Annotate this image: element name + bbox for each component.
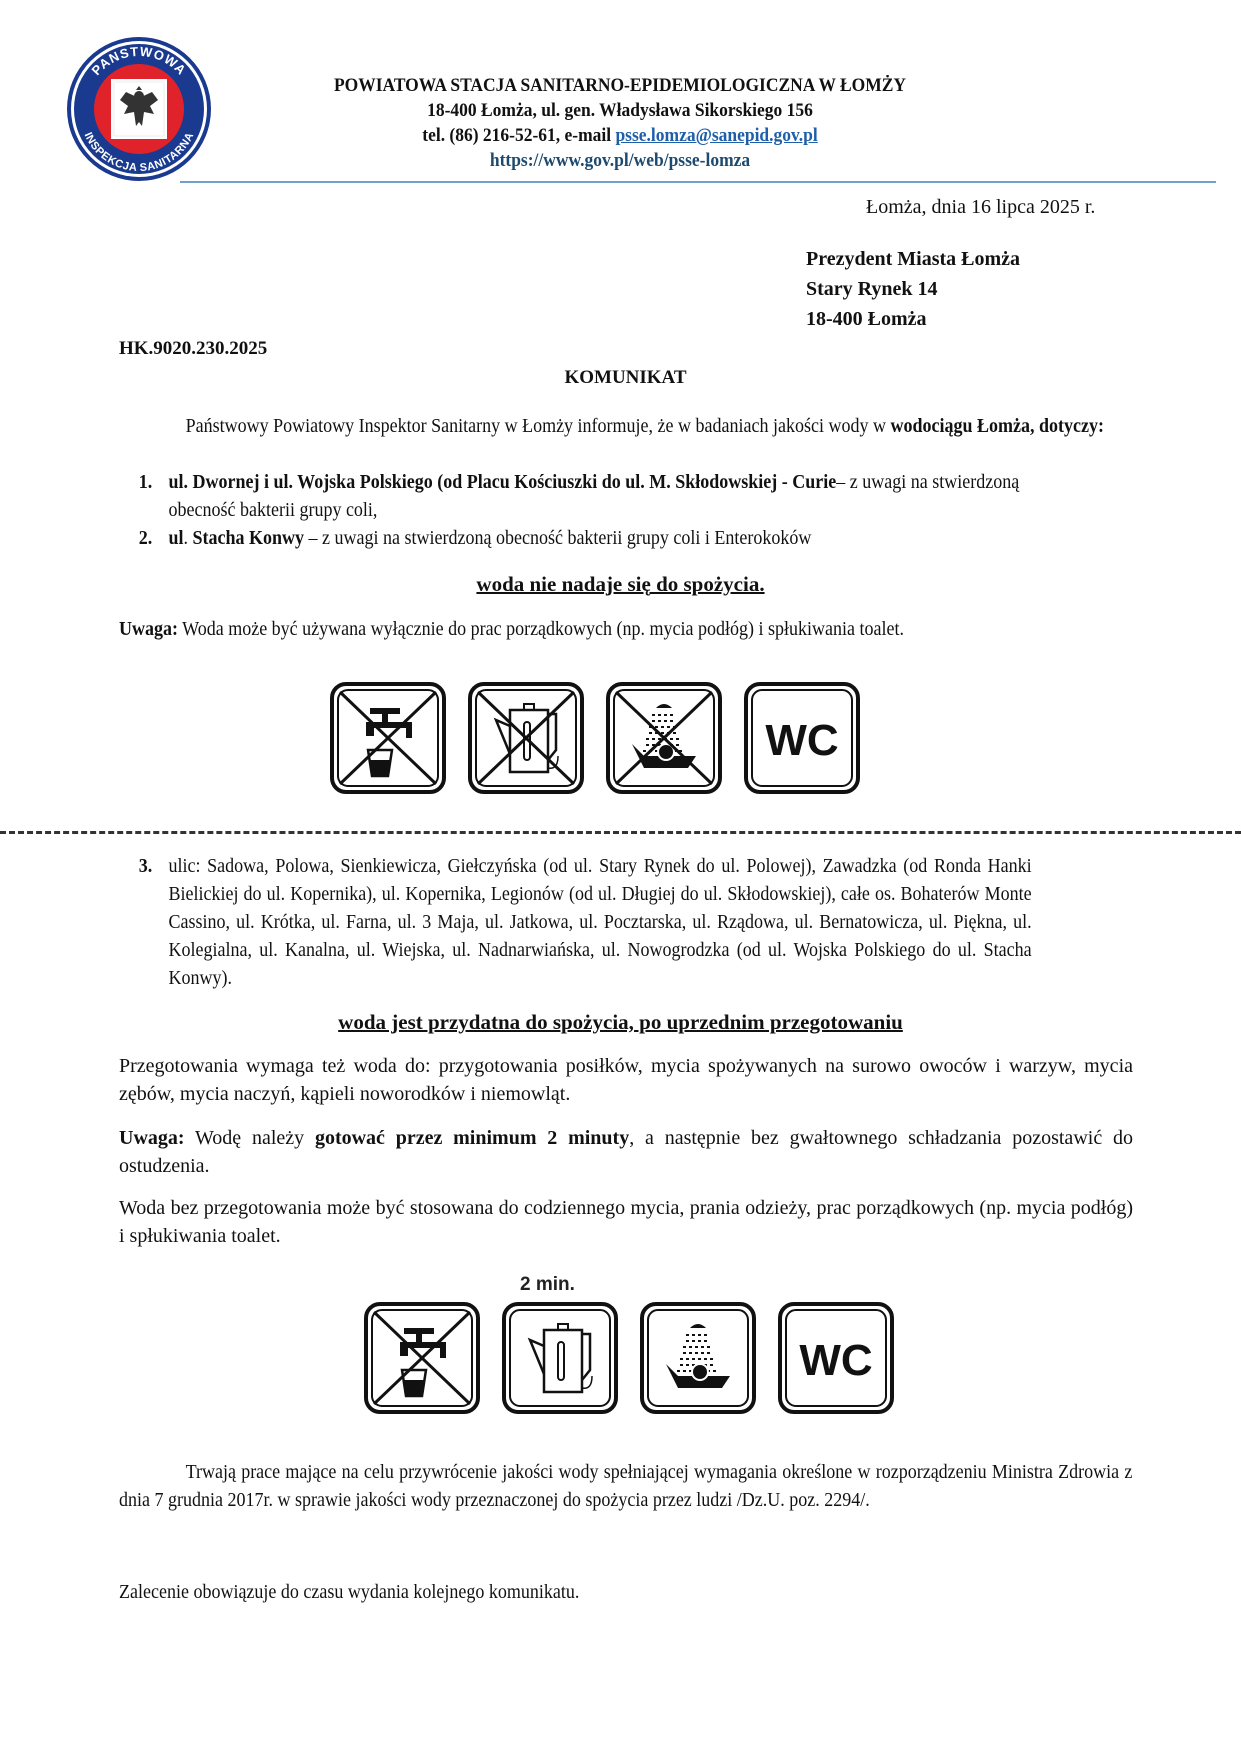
item-streets: Stacha Konwy bbox=[193, 527, 305, 549]
svg-text:WC: WC bbox=[799, 1336, 872, 1385]
bathing-icon bbox=[638, 1300, 758, 1416]
item-streets: ul. Dwornej i ul. Wojska Polskiego (od P… bbox=[169, 471, 837, 493]
warning-label: Uwaga: bbox=[119, 1127, 185, 1149]
no-drinking-tap-icon bbox=[362, 1300, 482, 1416]
recipient-name: Prezydent Miasta Łomża bbox=[806, 244, 1020, 274]
header-divider bbox=[180, 181, 1216, 183]
section-divider bbox=[0, 831, 1241, 834]
boil-streets-list: 3. ulic: Sadowa, Polowa, Sienkiewicza, G… bbox=[119, 852, 1032, 992]
email-link[interactable]: psse.lomza@sanepid.gov.pl bbox=[615, 125, 817, 146]
recipient-block: Prezydent Miasta Łomża Stary Rynek 14 18… bbox=[806, 244, 1020, 334]
validity-paragraph: Zalecenie obowiązuje do czasu wydania ko… bbox=[119, 1578, 1132, 1606]
inspekcja-sanitarna-logo: PANSTWOWA INSPEKCJA SANITARNA bbox=[64, 34, 214, 184]
item-number: 2. bbox=[139, 524, 153, 552]
institution-address: 18-400 Łomża, ul. gen. Władysława Sikors… bbox=[270, 98, 969, 123]
recipient-city: 18-400 Łomża bbox=[806, 304, 1020, 334]
affected-streets-list: 1. ul. Dwornej i ul. Wojska Polskiego (o… bbox=[119, 468, 1032, 552]
no-drinking-tap-icon bbox=[328, 680, 448, 796]
item-prefix-dot: . bbox=[184, 527, 193, 549]
reference-number: HK.9020.230.2025 bbox=[119, 338, 267, 360]
list-item: 3. ulic: Sadowa, Polowa, Sienkiewicza, G… bbox=[119, 852, 1032, 992]
website-link[interactable]: https://www.gov.pl/web/psse-lomza bbox=[270, 148, 969, 173]
item-prefix: ul bbox=[169, 527, 184, 549]
no-kettle-icon bbox=[466, 680, 586, 796]
intro-bold: wodociągu Łomża, dotyczy: bbox=[890, 415, 1103, 437]
document-title: KOMUNIKAT bbox=[0, 367, 1241, 389]
phone-text: tel. (86) 216-52-61, e-mail bbox=[422, 125, 615, 146]
item-number: 1. bbox=[139, 468, 153, 496]
svg-text:WC: WC bbox=[765, 716, 838, 765]
kettle-icon bbox=[500, 1300, 620, 1416]
logo-emblem-icon: PANSTWOWA INSPEKCJA SANITARNA bbox=[64, 34, 214, 184]
list-item: 2. ul. Stacha Konwy – z uwagi na stwierd… bbox=[119, 524, 1032, 552]
item-number: 3. bbox=[139, 852, 153, 880]
not-drinkable-notice: woda nie nadaje się do spożycia. bbox=[0, 572, 1241, 597]
no-bathing-icon bbox=[604, 680, 724, 796]
pictograms-section1: WC bbox=[328, 680, 862, 796]
unboiled-use-paragraph: Woda bez przegotowania może być stosowan… bbox=[119, 1194, 1133, 1250]
institution-contact: tel. (86) 216-52-61, e-mail psse.lomza@s… bbox=[270, 123, 969, 148]
item-streets: ulic: Sadowa, Polowa, Sienkiewicza, Gieł… bbox=[169, 855, 1032, 989]
item-reason: – z uwagi na stwierdzoną obecność bakter… bbox=[304, 527, 811, 549]
warning-text: Wodę należy bbox=[185, 1127, 315, 1149]
wc-icon: WC bbox=[776, 1300, 896, 1416]
pictograms-section2: WC bbox=[362, 1300, 896, 1416]
institution-name: POWIATOWA STACJA SANITARNO-EPIDEMIOLOGIC… bbox=[270, 73, 969, 98]
usage-warning: Uwaga: Woda może być używana wyłącznie d… bbox=[119, 615, 1132, 643]
warning-bold: gotować przez minimum 2 minuty bbox=[315, 1127, 629, 1149]
warning-label: Uwaga: bbox=[119, 618, 178, 640]
works-paragraph: Trwają prace mające na celu przywrócenie… bbox=[119, 1458, 1132, 1514]
letterhead: POWIATOWA STACJA SANITARNO-EPIDEMIOLOGIC… bbox=[270, 73, 969, 173]
list-item: 1. ul. Dwornej i ul. Wojska Polskiego (o… bbox=[119, 468, 1032, 524]
boil-warning: Uwaga: Wodę należy gotować przez minimum… bbox=[119, 1124, 1133, 1180]
intro-text: Państwowy Powiatowy Inspektor Sanitarny … bbox=[186, 415, 891, 437]
intro-paragraph: Państwowy Powiatowy Inspektor Sanitarny … bbox=[119, 412, 1132, 440]
boil-required-paragraph: Przegotowania wymaga też woda do: przygo… bbox=[119, 1052, 1133, 1108]
recipient-street: Stary Rynek 14 bbox=[806, 274, 1020, 304]
date-line: Łomża, dnia 16 lipca 2025 r. bbox=[866, 196, 1095, 219]
wc-icon: WC bbox=[742, 680, 862, 796]
boil-notice: woda jest przydatna do spożycia, po uprz… bbox=[0, 1010, 1241, 1035]
warning-text: Woda może być używana wyłącznie do prac … bbox=[178, 618, 904, 640]
boil-time-label: 2 min. bbox=[520, 1274, 575, 1296]
